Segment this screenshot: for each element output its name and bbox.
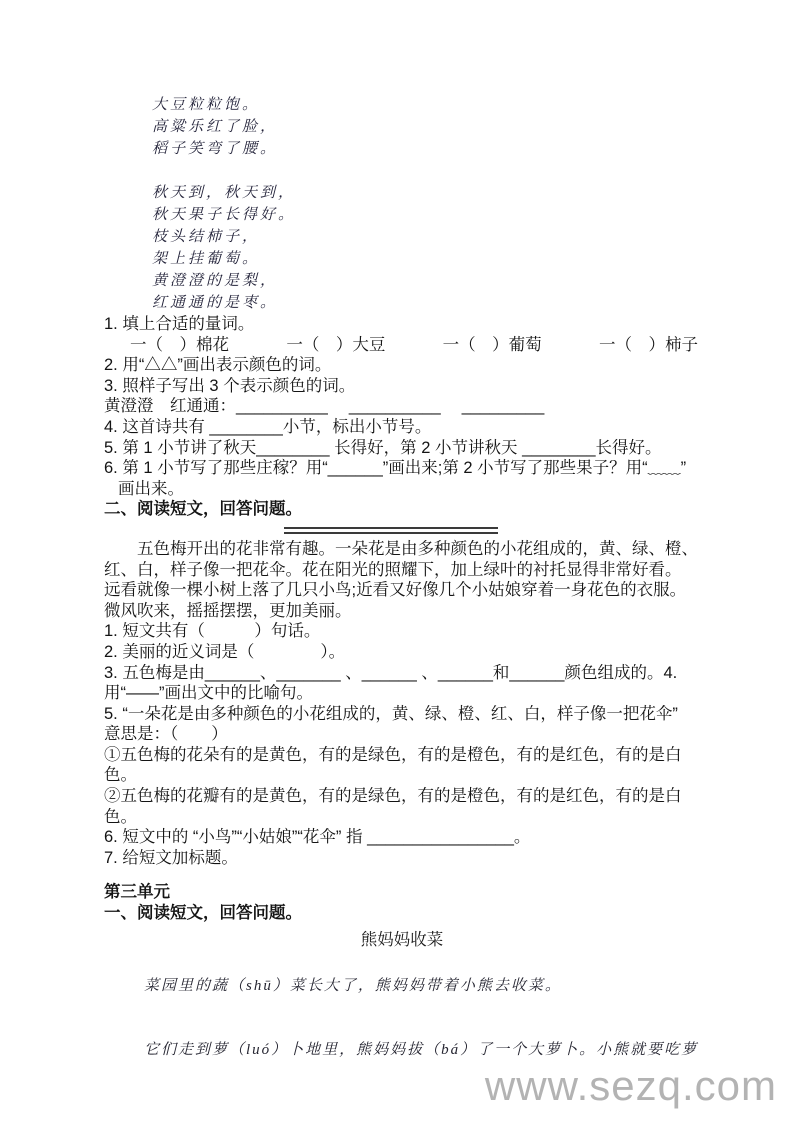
poem-line: 黄澄澄的是梨， (152, 270, 700, 292)
choice-option: ②五色梅的花瓣有的是黄色，有的是绿色，有的是橙色，有的是红色，有的是白 色。 (104, 786, 700, 827)
title-blank-line (284, 527, 498, 534)
question-line: 7. 给短文加标题。 (104, 848, 700, 869)
poem-line: 枝头结柿子， (152, 226, 700, 248)
question-line: 6. 第 1 小节写了那些庄稼？用“______”画出来;第 2 小节写了那些果… (104, 458, 700, 499)
worksheet-page: 大豆粒粒饱。 高粱乐红了脸， 稻子笑弯了腰。 秋天到，秋天到， 秋天果子长得好。… (104, 94, 700, 1061)
question-line: 1. 短文共有（ ）句话。 (104, 621, 700, 642)
section-one-questions: 1. 填上合适的量词。 一（ ）棉花 一（ ）大豆 一（ ）葡萄 一（ ）柿子 … (104, 314, 700, 499)
section-two-body: 五色梅开出的花非常有趣。一朵花是由多种颜色的小花组成的，黄、绿、橙、 红、白，样… (104, 539, 700, 869)
question-line: 6. 短文中的 “小鸟”“小姑娘”“花伞” 指 ________________… (104, 827, 700, 848)
blank-item: 一（ ）棉花 (130, 335, 229, 356)
question-line: 4. 这首诗共有 ________小节，标出小节号。 (104, 417, 700, 438)
poem-line: 大豆粒粒饱。 (152, 94, 700, 116)
choice-option: ①五色梅的花朵有的是黄色，有的是绿色，有的是橙色，有的是红色，有的是白 色。 (104, 745, 700, 786)
poem-line: 稻子笑弯了腰。 (152, 138, 700, 160)
measure-word-blanks: 一（ ）棉花 一（ ）大豆 一（ ）葡萄 一（ ）柿子 (104, 335, 700, 356)
question-line: 3. 照样子写出 3 个表示颜色的词。 (104, 376, 700, 397)
story-title: 熊妈妈收菜 (104, 926, 700, 950)
story-paragraph: 它们走到萝（luó）卜地里，熊妈妈拔（bá）了一个大萝卜。小熊就要吃萝 (144, 1040, 700, 1061)
question-line: 5. 第 1 小节讲了秋天________ 长得好，第 2 小节讲秋天 ____… (104, 438, 700, 459)
poem-block: 大豆粒粒饱。 高粱乐红了脸， 稻子笑弯了腰。 秋天到，秋天到， 秋天果子长得好。… (152, 94, 700, 314)
unit-three-sub-heading: 一、阅读短文，回答问题。 (104, 903, 700, 924)
story-paragraph: 菜园里的蔬（shū）菜长大了，熊妈妈带着小熊去收菜。 (144, 976, 700, 997)
section-two-heading: 二、阅读短文，回答问题。 (104, 499, 700, 520)
unit-three-heading: 第三单元 (104, 882, 700, 903)
blank-item: 一（ ）大豆 (286, 335, 385, 356)
site-watermark: www.sezq.com (485, 1062, 777, 1110)
stanza-gap (152, 160, 700, 182)
blank-item: 一（ ）葡萄 (443, 335, 542, 356)
poem-line: 红通通的是枣。 (152, 292, 700, 314)
poem-line: 高粱乐红了脸， (152, 116, 700, 138)
question-line: 黄澄澄 红通通：__________ __________ _________ (104, 396, 700, 417)
poem-line: 秋天到，秋天到， (152, 182, 700, 204)
question-line: 2. 美丽的近义词是（ ）。 (104, 642, 700, 663)
poem-line: 架上挂葡萄。 (152, 248, 700, 270)
reading-passage: 五色梅开出的花非常有趣。一朵花是由多种颜色的小花组成的，黄、绿、橙、 红、白，样… (104, 539, 700, 621)
blank-item: 一（ ）柿子 (599, 335, 698, 356)
question-line: 1. 填上合适的量词。 (104, 314, 700, 335)
poem-line: 秋天果子长得好。 (152, 204, 700, 226)
question-line: 2. 用“△△”画出表示颜色的词。 (104, 355, 700, 376)
question-line: 3. 五色梅是由______、_______ 、______ 、______和_… (104, 663, 700, 704)
question-line: 5. “一朵花是由多种颜色的小花组成的，黄、绿、橙、红、白，样子像一把花伞” 意… (104, 704, 700, 745)
